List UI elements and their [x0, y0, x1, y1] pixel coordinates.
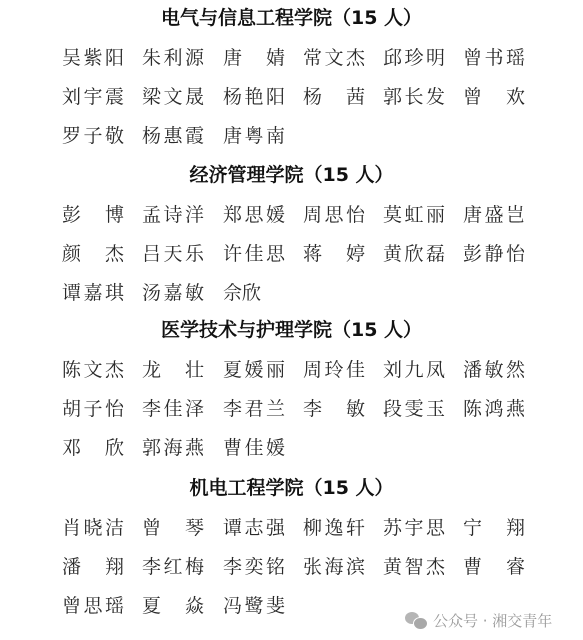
student-name: 李敏 [303, 396, 365, 422]
student-name: 曾思瑶 [62, 593, 124, 619]
student-name: 潘敏然 [463, 357, 525, 383]
student-name: 肖晓洁 [62, 515, 124, 541]
student-name: 曹睿 [463, 554, 525, 580]
student-name: 黄欣磊 [383, 241, 445, 267]
student-name: 龙壮 [142, 357, 204, 383]
student-name: 曹佳媛 [223, 435, 285, 461]
student-name: 胡子怡 [62, 396, 124, 422]
student-name: 彭静怡 [463, 241, 525, 267]
student-name: 陈鸿燕 [463, 396, 525, 422]
student-name: 曾欢 [463, 84, 525, 110]
student-name: 陈文杰 [62, 357, 124, 383]
student-name: 杨艳阳 [223, 84, 285, 110]
student-name: 朱利源 [142, 45, 204, 71]
student-name: 谭志强 [223, 515, 285, 541]
student-name: 郭长发 [383, 84, 445, 110]
student-name: 孟诗洋 [142, 202, 204, 228]
student-name: 唐婧 [223, 45, 285, 71]
student-name: 刘宇震 [62, 84, 124, 110]
student-name: 邱珍明 [383, 45, 445, 71]
student-name: 常文杰 [303, 45, 365, 71]
college-title: 经济管理学院（15 人） [0, 163, 583, 187]
student-name: 蒋婷 [303, 241, 365, 267]
student-name: 苏宇思 [383, 515, 445, 541]
student-name: 郑思媛 [223, 202, 285, 228]
student-name: 汤嘉敏 [142, 280, 204, 306]
student-name: 唐粤南 [223, 123, 285, 149]
college-title: 医学技术与护理学院（15 人） [0, 318, 583, 342]
student-name: 周玲佳 [303, 357, 365, 383]
student-name: 许佳思 [223, 241, 285, 267]
student-name: 杨惠霞 [142, 123, 204, 149]
student-name: 张海滨 [303, 554, 365, 580]
watermark: 公众号 · 湘交青年 [405, 608, 552, 632]
student-name: 梁文晟 [142, 84, 204, 110]
student-name: 莫虹丽 [383, 202, 445, 228]
student-name: 罗子敬 [62, 123, 124, 149]
student-name: 李佳泽 [142, 396, 204, 422]
student-name: 周思怡 [303, 202, 365, 228]
student-name: 吕天乐 [142, 241, 204, 267]
student-name: 曾琴 [142, 515, 204, 541]
student-name: 郭海燕 [142, 435, 204, 461]
student-name: 潘翔 [62, 554, 124, 580]
student-name: 黄智杰 [383, 554, 445, 580]
college-title: 电气与信息工程学院（15 人） [0, 6, 583, 30]
student-name: 段雯玉 [383, 396, 445, 422]
student-name: 佘欣 [223, 280, 285, 306]
student-name: 颜杰 [62, 241, 124, 267]
student-name: 冯鹭斐 [223, 593, 285, 619]
student-name: 彭博 [62, 202, 124, 228]
student-name: 李奕铭 [223, 554, 285, 580]
student-name: 宁翔 [463, 515, 525, 541]
student-name: 谭嘉琪 [62, 280, 124, 306]
student-name: 曾书瑶 [463, 45, 525, 71]
student-name: 邓欣 [62, 435, 124, 461]
student-name: 李君兰 [223, 396, 285, 422]
student-name: 吴紫阳 [62, 45, 124, 71]
student-name: 刘九凤 [383, 357, 445, 383]
student-name: 夏焱 [142, 593, 204, 619]
student-name: 夏媛丽 [223, 357, 285, 383]
college-title: 机电工程学院（15 人） [0, 476, 583, 500]
student-name: 杨茜 [303, 84, 365, 110]
student-name: 柳逸轩 [303, 515, 365, 541]
wechat-icon [405, 611, 427, 629]
student-name: 李红梅 [142, 554, 204, 580]
watermark-text: 公众号 · 湘交青年 [433, 610, 552, 631]
student-name: 唐盛岂 [463, 202, 525, 228]
